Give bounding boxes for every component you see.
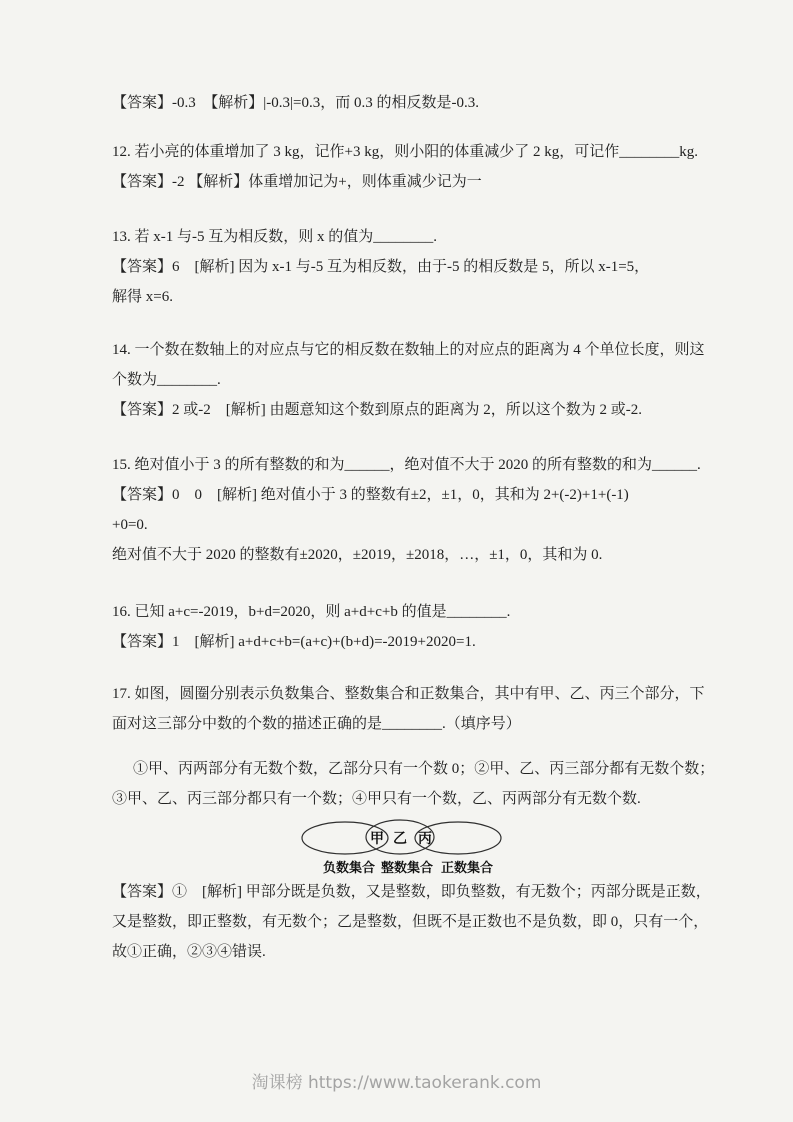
- problem-16-text: 16. 已知 a+c=-2019，b+d=2020，则 a+d+c+b 的值是_…: [112, 597, 690, 627]
- problem-15-text: 15. 绝对值小于 3 的所有整数的和为______，绝对值不大于 2020 的…: [112, 450, 690, 480]
- answer-14-text: 【答案】2 或-2 [解析] 由题意知这个数到原点的距离为 2，所以这个数为 2…: [112, 395, 690, 425]
- problem-15: 15. 绝对值小于 3 的所有整数的和为______，绝对值不大于 2020 的…: [112, 450, 690, 480]
- answer-13: 【答案】6 [解析] 因为 x-1 与-5 互为相反数，由于-5 的相反数是 5…: [112, 252, 690, 312]
- region-bing-label: 丙: [418, 831, 432, 847]
- answer-15-line-2: +0=0.: [112, 510, 690, 540]
- footer-watermark: 淘课榜 https://www.taokerank.com: [0, 1068, 793, 1093]
- answer-15: 【答案】0 0 [解析] 绝对值小于 3 的整数有±2，±1，0，其和为 2+(…: [112, 480, 690, 570]
- problem-16: 16. 已知 a+c=-2019，b+d=2020，则 a+d+c+b 的值是_…: [112, 597, 690, 627]
- answer-13-line-1: 【答案】6 [解析] 因为 x-1 与-5 互为相反数，由于-5 的相反数是 5…: [112, 252, 690, 282]
- problem-14: 14. 一个数在数轴上的对应点与它的相反数在数轴上的对应点的距离为 4 个单位长…: [112, 335, 690, 395]
- problem-13: 13. 若 x-1 与-5 互为相反数，则 x 的值为________.: [112, 222, 690, 252]
- problem-14-line-1: 14. 一个数在数轴上的对应点与它的相反数在数轴上的对应点的距离为 4 个单位长…: [112, 335, 690, 365]
- problem-17-line-1: 17. 如图，圆圈分别表示负数集合、整数集合和正数集合，其中有甲、乙、丙三个部分…: [112, 679, 690, 709]
- region-yi-label: 乙: [393, 831, 407, 847]
- answer-17-line-1: 【答案】① [解析] 甲部分既是负数，又是整数，即负整数，有无数个；丙部分既是正…: [112, 877, 690, 907]
- problem-14-line-2: 个数为________.: [112, 365, 690, 395]
- set-negative-label: 负数集合: [323, 860, 375, 875]
- footer-url: https://www.taokerank.com: [308, 1073, 541, 1093]
- problem-12-text: 12. 若小亮的体重增加了 3 kg，记作+3 kg，则小阳的体重减少了 2 k…: [112, 137, 690, 167]
- problem-13-text: 13. 若 x-1 与-5 互为相反数，则 x 的值为________.: [112, 222, 690, 252]
- region-jia-label: 甲: [370, 831, 384, 847]
- options-17-line-1: ①甲、丙两部分有无数个数，乙部分只有一个数 0；②甲、乙、丙三部分都有无数个数；: [112, 754, 690, 784]
- venn-diagram: 甲 乙 丙 负数集合 整数集合 正数集合: [112, 814, 690, 876]
- answer-15-line-3: 绝对值不大于 2020 的整数有±2020，±2019，±2018，…，±1，0…: [112, 540, 690, 570]
- venn-diagram-svg: 甲 乙 丙 负数集合 整数集合 正数集合: [288, 814, 528, 876]
- answer-13-line-2: 解得 x=6.: [112, 282, 690, 312]
- answer-17-line-2: 又是整数，即正整数，有无数个；乙是整数，但既不是正数也不是负数，即 0，只有一个…: [112, 907, 690, 937]
- answer-16: 【答案】1 [解析] a+d+c+b=(a+c)+(b+d)=-2019+202…: [112, 627, 690, 657]
- answer-17-line-3: 故①正确，②③④错误.: [112, 937, 690, 967]
- set-positive-label: 正数集合: [441, 860, 493, 875]
- answer-11: 【答案】-0.3 【解析】|-0.3|=0.3，而 0.3 的相反数是-0.3.: [112, 88, 690, 118]
- answer-11-text: 【答案】-0.3 【解析】|-0.3|=0.3，而 0.3 的相反数是-0.3.: [112, 88, 690, 118]
- set-integer-label: 整数集合: [381, 860, 433, 875]
- answer-12: 【答案】-2 【解析】体重增加记为+，则体重减少记为一: [112, 167, 690, 197]
- answer-15-line-1: 【答案】0 0 [解析] 绝对值小于 3 的整数有±2，±1，0，其和为 2+(…: [112, 480, 690, 510]
- footer-site-name: 淘课榜: [252, 1073, 303, 1093]
- problem-17: 17. 如图，圆圈分别表示负数集合、整数集合和正数集合，其中有甲、乙、丙三个部分…: [112, 679, 690, 739]
- problem-12: 12. 若小亮的体重增加了 3 kg，记作+3 kg，则小阳的体重减少了 2 k…: [112, 137, 690, 167]
- problem-17-line-2: 面对这三部分中数的个数的描述正确的是________.（填序号）: [112, 709, 690, 739]
- answer-12-text: 【答案】-2 【解析】体重增加记为+，则体重减少记为一: [112, 167, 690, 197]
- answer-16-text: 【答案】1 [解析] a+d+c+b=(a+c)+(b+d)=-2019+202…: [112, 627, 690, 657]
- answer-17: 【答案】① [解析] 甲部分既是负数，又是整数，即负整数，有无数个；丙部分既是正…: [112, 877, 690, 967]
- worksheet-body: 【答案】-0.3 【解析】|-0.3|=0.3，而 0.3 的相反数是-0.3.…: [112, 88, 690, 967]
- answer-14: 【答案】2 或-2 [解析] 由题意知这个数到原点的距离为 2，所以这个数为 2…: [112, 395, 690, 425]
- options-17-line-2: ③甲、乙、丙三部分都只有一个数；④甲只有一个数，乙、丙两部分有无数个数.: [112, 784, 690, 814]
- worksheet-page: 【答案】-0.3 【解析】|-0.3|=0.3，而 0.3 的相反数是-0.3.…: [0, 0, 793, 1122]
- options-17: ①甲、丙两部分有无数个数，乙部分只有一个数 0；②甲、乙、丙三部分都有无数个数；…: [112, 754, 690, 814]
